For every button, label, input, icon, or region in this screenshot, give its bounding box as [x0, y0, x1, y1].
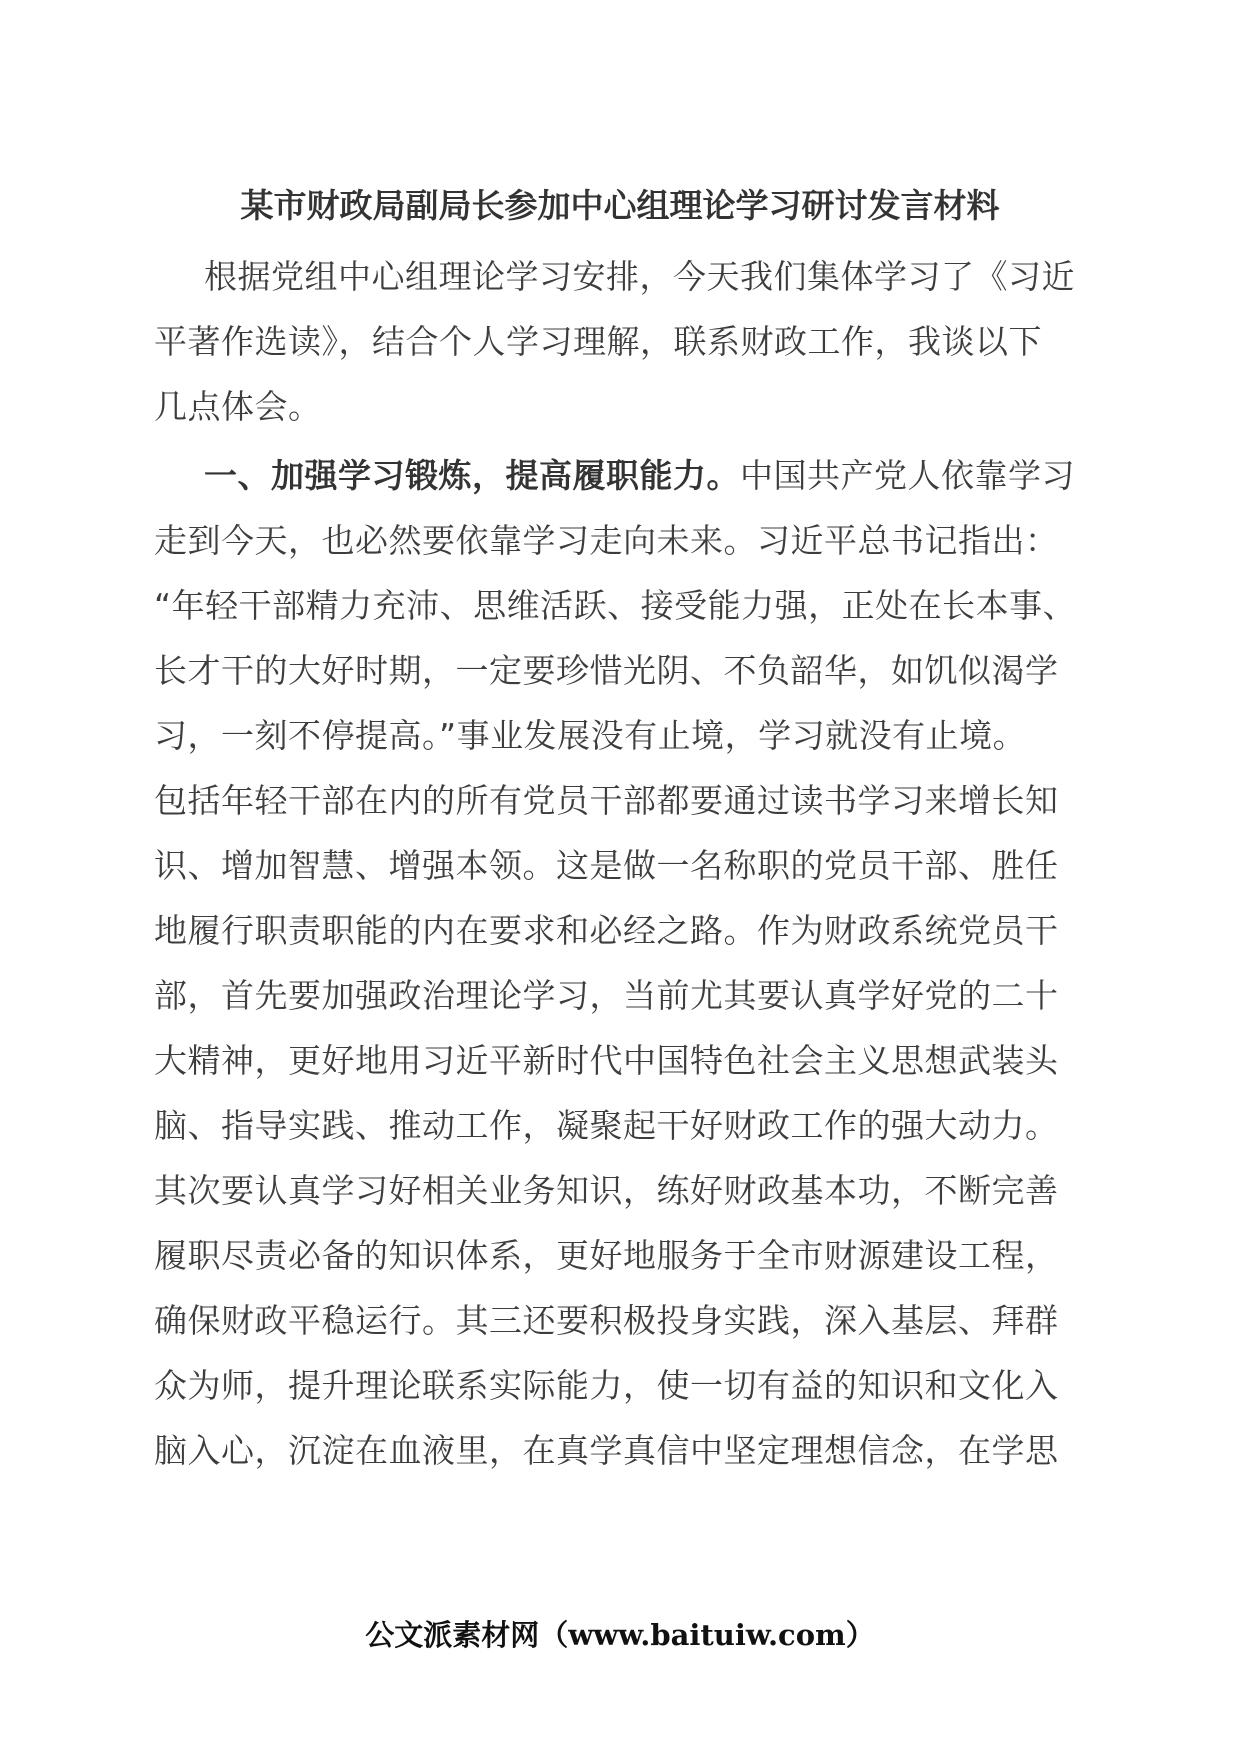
paragraph-line: 走到今天，也必然要依靠学习走向未来。习近平总书记指出：	[154, 519, 1094, 584]
paragraph-line: 其次要认真学习好相关业务知识，练好财政基本功，不断完善	[154, 1169, 1094, 1234]
paragraph-line: 脑入心，沉淀在血液里，在真学真信中坚定理想信念，在学思	[154, 1429, 1094, 1494]
document-body: 根据党组中心组理论学习安排，今天我们集体学习了《习近 平著作选读》，结合个人学习…	[154, 255, 1094, 1494]
paragraph-line: 大精神，更好地用习近平新时代中国特色社会主义思想武装头	[154, 1039, 1094, 1104]
paragraph-line: 长才干的大好时期，一定要珍惜光阴、不负韶华，如饥似渴学	[154, 649, 1094, 714]
paragraph-line: 众为师，提升理论联系实际能力，使一切有益的知识和文化入	[154, 1364, 1094, 1429]
paragraph-line: 脑、指导实践、推动工作，凝聚起干好财政工作的强大动力。	[154, 1104, 1094, 1169]
section-heading-continuation: 中国共产党人依靠学习	[740, 456, 1075, 495]
paragraph-line: 地履行职责职能的内在要求和必经之路。作为财政系统党员干	[154, 909, 1094, 974]
intro-paragraph: 根据党组中心组理论学习安排，今天我们集体学习了《习近 平著作选读》，结合个人学习…	[154, 255, 1094, 450]
paragraph-line: 包括年轻干部在内的所有党员干部都要通过读书学习来增长知	[154, 779, 1094, 844]
paragraph-line: 习，一刻不停提高。”事业发展没有止境，学习就没有止境。	[154, 714, 1094, 779]
document-title: 某市财政局副局长参加中心组理论学习研讨发言材料	[0, 184, 1240, 228]
paragraph-line: 平著作选读》，结合个人学习理解，联系财政工作，我谈以下	[154, 320, 1094, 385]
section-1-paragraph: 一、加强学习锻炼，提高履职能力。中国共产党人依靠学习 走到今天，也必然要依靠学习…	[154, 454, 1094, 1494]
section-heading: 一、加强学习锻炼，提高履职能力。	[204, 456, 740, 495]
document-page: 某市财政局副局长参加中心组理论学习研讨发言材料 根据党组中心组理论学习安排，今天…	[0, 0, 1240, 1754]
paragraph-line: 部，首先要加强政治理论学习，当前尤其要认真学好党的二十	[154, 974, 1094, 1039]
paragraph-line: 根据党组中心组理论学习安排，今天我们集体学习了《习近	[154, 255, 1094, 320]
paragraph-line: “年轻干部精力充沛、思维活跃、接受能力强，正处在长本事、	[154, 584, 1094, 649]
footer-watermark: 公文派素材网（www.baituiw.com）	[0, 1617, 1240, 1653]
paragraph-line: 几点体会。	[154, 385, 1094, 450]
paragraph-line: 履职尽责必备的知识体系，更好地服务于全市财源建设工程，	[154, 1234, 1094, 1299]
paragraph-line: 识、增加智慧、增强本领。这是做一名称职的党员干部、胜任	[154, 844, 1094, 909]
paragraph-line: 确保财政平稳运行。其三还要积极投身实践，深入基层、拜群	[154, 1299, 1094, 1364]
section-heading-line: 一、加强学习锻炼，提高履职能力。中国共产党人依靠学习	[154, 454, 1094, 519]
